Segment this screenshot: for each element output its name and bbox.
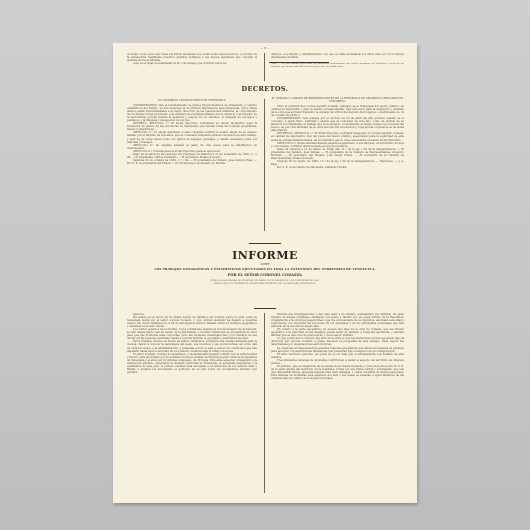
informe-read-line-2: POR M. ALEJ. DE HUMBOLDT, SECRETARIO PER…	[113, 282, 417, 285]
informe-sobre: SOBRE	[113, 263, 417, 266]
decretos-right-heading: EL SENADO Y CÁMARA DE REPRESENTANTES DE …	[271, 97, 404, 103]
poster-page: — 8 — el Oeano, todo a par que todas sus…	[113, 43, 417, 503]
paragraph: el Oeano, todo a par que todas sus tribu…	[127, 53, 257, 62]
decretos-heading: DECRETOS.	[113, 85, 417, 93]
top-left-column: el Oeano, todo a par que todas sus tribu…	[127, 53, 257, 85]
top-right-column: dísticos, el gobierno y administración c…	[271, 53, 404, 85]
paragraph: CONSIDERANDO: Que aunque por el decreto …	[271, 117, 404, 132]
informe-subtitle: LOS TRABAJOS GEOGRÁFICOS Y ESTADÍSTICOS …	[113, 267, 417, 271]
section-rule	[249, 243, 281, 244]
paragraph: Valencia 14 de octubre de 1830, 1.º y 20…	[127, 159, 257, 165]
column-divider	[264, 313, 265, 493]
informe-header: INFORME SOBRE LOS TRABAJOS GEOGRÁFICOS Y…	[113, 249, 417, 285]
footnote: Nota. — Se han omitido aquí todos los in…	[271, 63, 404, 68]
paragraph: Visto la solicitud del coronel Agustín C…	[271, 105, 404, 117]
decretos-left-column: EL CONGRESO CONSTITUYENTE DE VENEZUELA. …	[127, 99, 257, 234]
decretos-right-column: EL SENADO Y CÁMARA DE REPRESENTANTES DE …	[271, 97, 404, 243]
page-number: — 8 —	[113, 46, 417, 50]
informe-author: POR EL SEÑOR CORONEL CODAZZI;	[113, 273, 417, 277]
informe-left-column: Señores, Ha tenido ya el honor en la últ…	[127, 313, 257, 495]
column-divider	[264, 99, 265, 231]
informe-title: INFORME	[113, 249, 417, 262]
decretos-left-heading: EL CONGRESO CONSTITUYENTE DE VENEZUELA.	[127, 99, 257, 102]
paragraph: El primero, que se desprende de los Ande…	[271, 365, 404, 380]
paragraph: CONSIDERANDO: Que el levantamiento de pl…	[127, 104, 257, 122]
paragraph: Los vastos espacios de Colombia, cuyos p…	[127, 328, 257, 340]
paragraph: En cuanto a la parte geográfica, he pues…	[271, 328, 404, 337]
paragraph: Pudiera sus investigaciones y dar más va…	[271, 313, 404, 328]
paragraph: Por S. E. el secretario de Hacienda, Gui…	[271, 166, 404, 169]
section-rule	[254, 308, 276, 309]
informe-right-column: Pudiera sus investigaciones y dar más va…	[271, 313, 404, 495]
paragraph: DECRETAN: ARTÍCULO 1.º El Poder Ejecutiv…	[271, 132, 404, 141]
paragraph: Ha tenido ya el honor en la última sesió…	[127, 316, 257, 328]
paragraph: ARTÍCULO 2.º El oficial destinado a esta…	[127, 131, 257, 143]
paragraph: dísticos, el gobierno y administración c…	[271, 53, 404, 59]
paragraph: Estos trabajos, hechos en medio de tanto…	[127, 340, 257, 352]
column-divider	[264, 53, 265, 81]
paragraph: Se observan en Venezuela tres grandes re…	[271, 347, 404, 353]
paragraph: Lo que podrá dar a conocer una idea de l…	[271, 337, 404, 346]
footnote-rule	[269, 62, 329, 63]
paragraph: Aquí es el lugar de manifestar al Sr. Lu…	[127, 62, 257, 65]
paragraph: Dado en Caracas a 11 de marzo de 1840, a…	[271, 148, 404, 160]
paragraph: El señor Codazzi, coronel de ingenieros,…	[127, 353, 257, 374]
